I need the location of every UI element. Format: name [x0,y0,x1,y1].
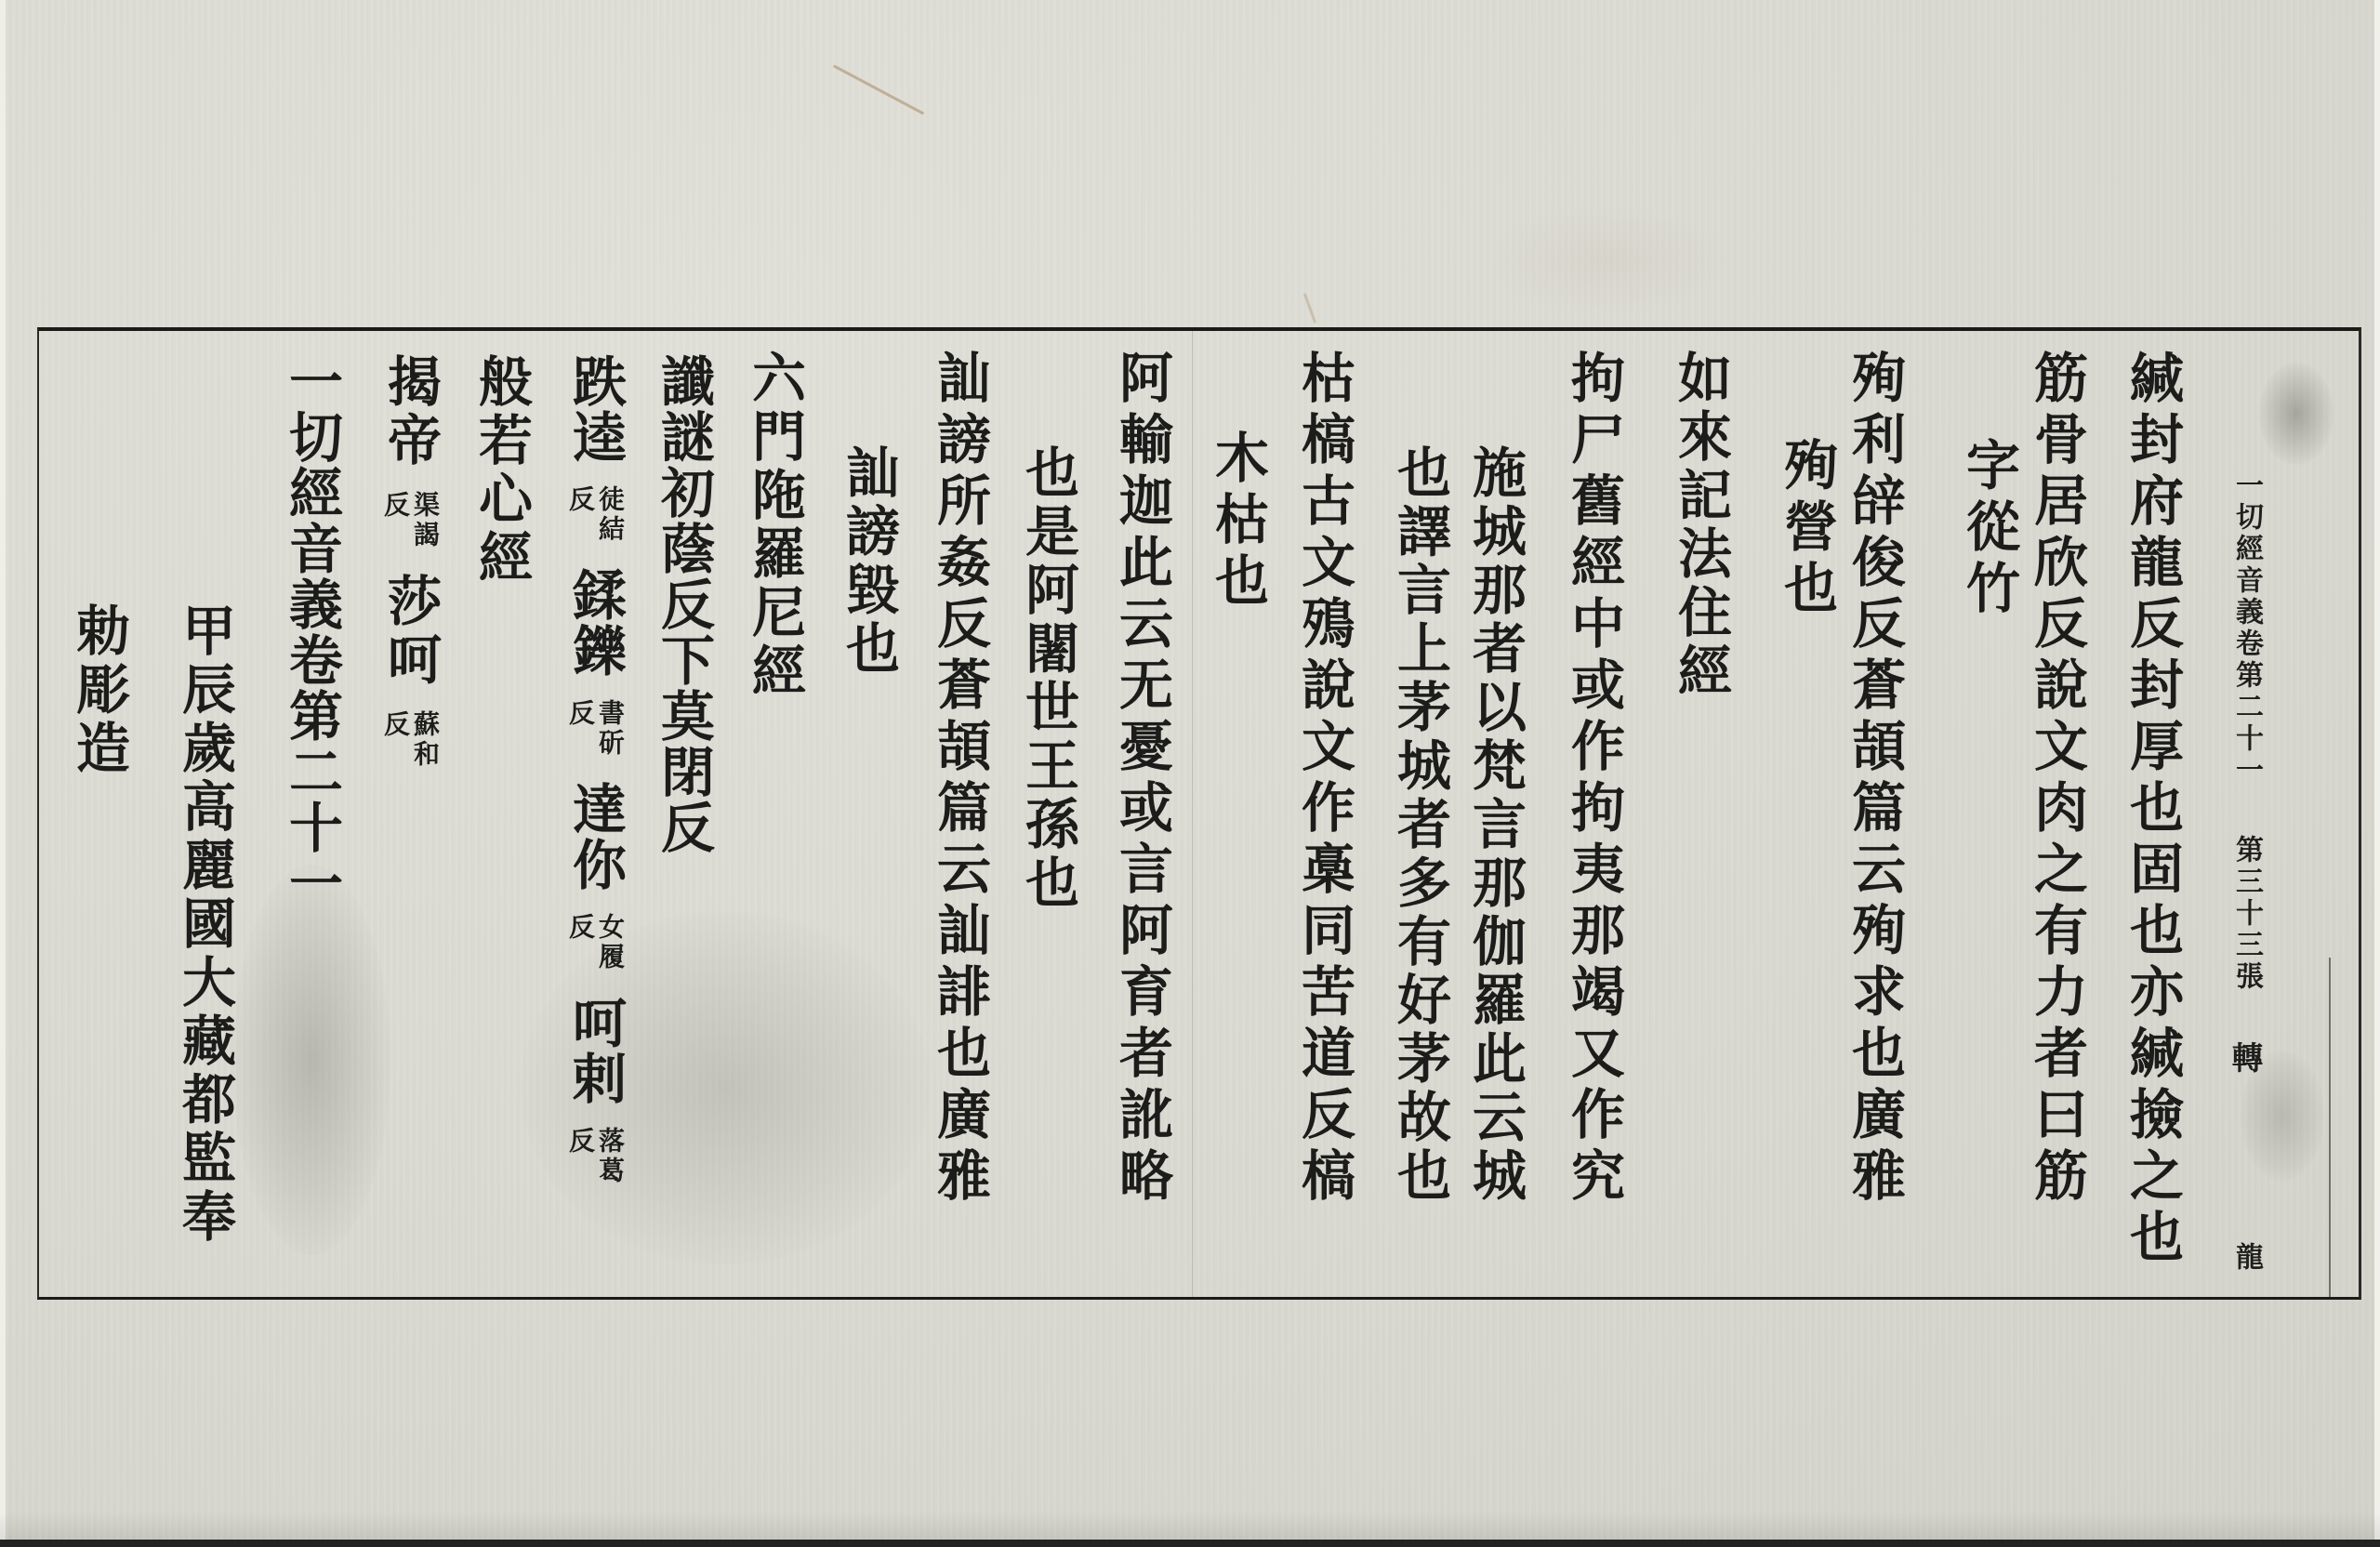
entry-column-chenmi: 讖謎初蔭反下莫閉反 [651,353,716,855]
paper-fiber-streak [1303,293,1316,324]
margin-header-carver-mark: 龍 [2229,1242,2263,1274]
volume-end-title-column: 一切經音義卷第二十一 [279,353,344,911]
gloss-continuation-column: 殉營也 [1774,437,1839,621]
sutra-title: 般若心經 [469,353,534,588]
paper-foxing [1487,205,1729,316]
entry-column-jushi: 拘尸舊經中或作拘夷那竭又作究 [1561,350,1626,1209]
column-text: 木枯也 [1205,430,1270,614]
gloss-continuation-column: 也是阿闍世王孫也 [1015,444,1080,913]
reading-annotation: 女履反 [565,913,625,974]
column-text: 殉利辝俊反蒼頡篇云殉求也廣雅 [1842,350,1907,1209]
gloss-continuation-column: 木枯也 [1205,430,1270,614]
woodblock-page: 一切經音義卷第二十一 第三十三張 轉 龍 緘封府龍反封厚也固也亦緘撿之也 筋骨居… [0,0,2380,1547]
colophon-text: 勅彫造 [66,602,131,778]
entry-column-kugao: 枯槁古文殦說文作槀同苦道反槁 [1291,350,1356,1209]
column-text: 字從竹 [1956,437,2021,621]
gloss-continuation-column: 訕謗毀也 [836,444,901,679]
sutra-title-column: 如來記法住經 [1668,350,1733,701]
entry-column-jingu: 筋骨居欣反說文肉之有力者曰筋 [2024,350,2089,1209]
reading-annotation: 蘇和反 [380,710,440,772]
column-text: 殉營也 [1774,437,1839,621]
sutra-title-column: 般若心經 [469,353,534,588]
reading-annotation: 書斫反 [565,699,625,760]
frame-inner-rule [2329,958,2331,1298]
column-text: 訕謗所姦反蒼頡篇云訕誹也廣雅 [927,350,992,1209]
sutra-title: 六門陁羅尼經 [742,350,807,701]
mantra-syllables: 揭帝 [377,353,443,470]
margin-header-title: 一切經音義卷第二十一 [2229,470,2263,787]
mantra-transcription-column: 揭帝 渠謁反 莎呵 蘇和反 [377,353,443,792]
center-fold-line [1192,331,1193,1298]
entry-column-shanbang: 訕謗所姦反蒼頡篇云訕誹也廣雅 [927,350,992,1209]
reading-annotation: 落葛反 [565,1127,625,1188]
column-text: 枯槁古文殦說文作槀同苦道反槁 [1291,350,1356,1209]
column-text: 也譯言上茅城者多有好茅故也 [1387,444,1452,1206]
volume-end-title: 一切經音義卷第二十一 [279,353,344,911]
colophon-column: 甲辰歲高麗國大藏都監奉 [172,602,237,1247]
column-text: 拘尸舊經中或作拘夷那竭又作究 [1561,350,1626,1209]
dharani-syllables: 呵剌 [562,995,628,1106]
margin-header-sheet-number: 第三十三張 [2229,835,2263,993]
column-text: 阿輸迦此云无憂或言阿育者訛略 [1109,350,1174,1209]
sutra-title: 如來記法住經 [1668,350,1733,701]
dharani-syllables: 達你 [562,781,628,892]
mantra-syllables: 莎呵 [377,573,443,690]
entry-column-jianfeng: 緘封府龍反封厚也固也亦緘撿之也 [2120,350,2185,1270]
page-edge-bottom [0,1540,2380,1547]
gloss-continuation-column: 字從竹 [1956,437,2021,621]
reading-annotation: 徒結反 [565,485,625,547]
column-text: 施城那者以梵言那伽羅此云城 [1462,444,1527,1206]
dharani-transcription-column: 跌逵 徒結反 鍒鑠 書斫反 達你 女履反 呵剌 落葛反 [562,353,628,1209]
page-edge-left [0,0,6,1547]
column-text: 讖謎初蔭反下莫閉反 [651,353,716,855]
entry-column-ashujia: 阿輸迦此云无憂或言阿育者訛略 [1109,350,1174,1209]
column-text: 筋骨居欣反說文肉之有力者曰筋 [2024,350,2089,1209]
page-edge-right [2374,0,2380,1547]
gloss-continuation-column: 施城那者以梵言那伽羅此云城 [1462,444,1527,1206]
colophon-column: 勅彫造 [66,602,131,778]
page-bottom-shade [0,1512,2380,1540]
reading-annotation: 渠謁反 [380,491,440,552]
column-text: 緘封府龍反封厚也固也亦緘撿之也 [2120,350,2185,1270]
colophon-text: 甲辰歲高麗國大藏都監奉 [172,602,237,1247]
paper-fiber-streak [833,64,925,114]
column-text: 訕謗毀也 [836,444,901,679]
margin-header-case-mark: 轉 [2226,1041,2263,1073]
column-text: 也是阿闍世王孫也 [1015,444,1080,913]
entry-column-xunli: 殉利辝俊反蒼頡篇云殉求也廣雅 [1842,350,1907,1209]
dharani-syllables: 鍒鑠 [562,567,628,679]
dharani-syllables: 跌逵 [562,353,628,465]
sutra-title-column: 六門陁羅尼經 [742,350,807,701]
gloss-continuation-column: 也譯言上茅城者多有好茅故也 [1387,444,1452,1206]
